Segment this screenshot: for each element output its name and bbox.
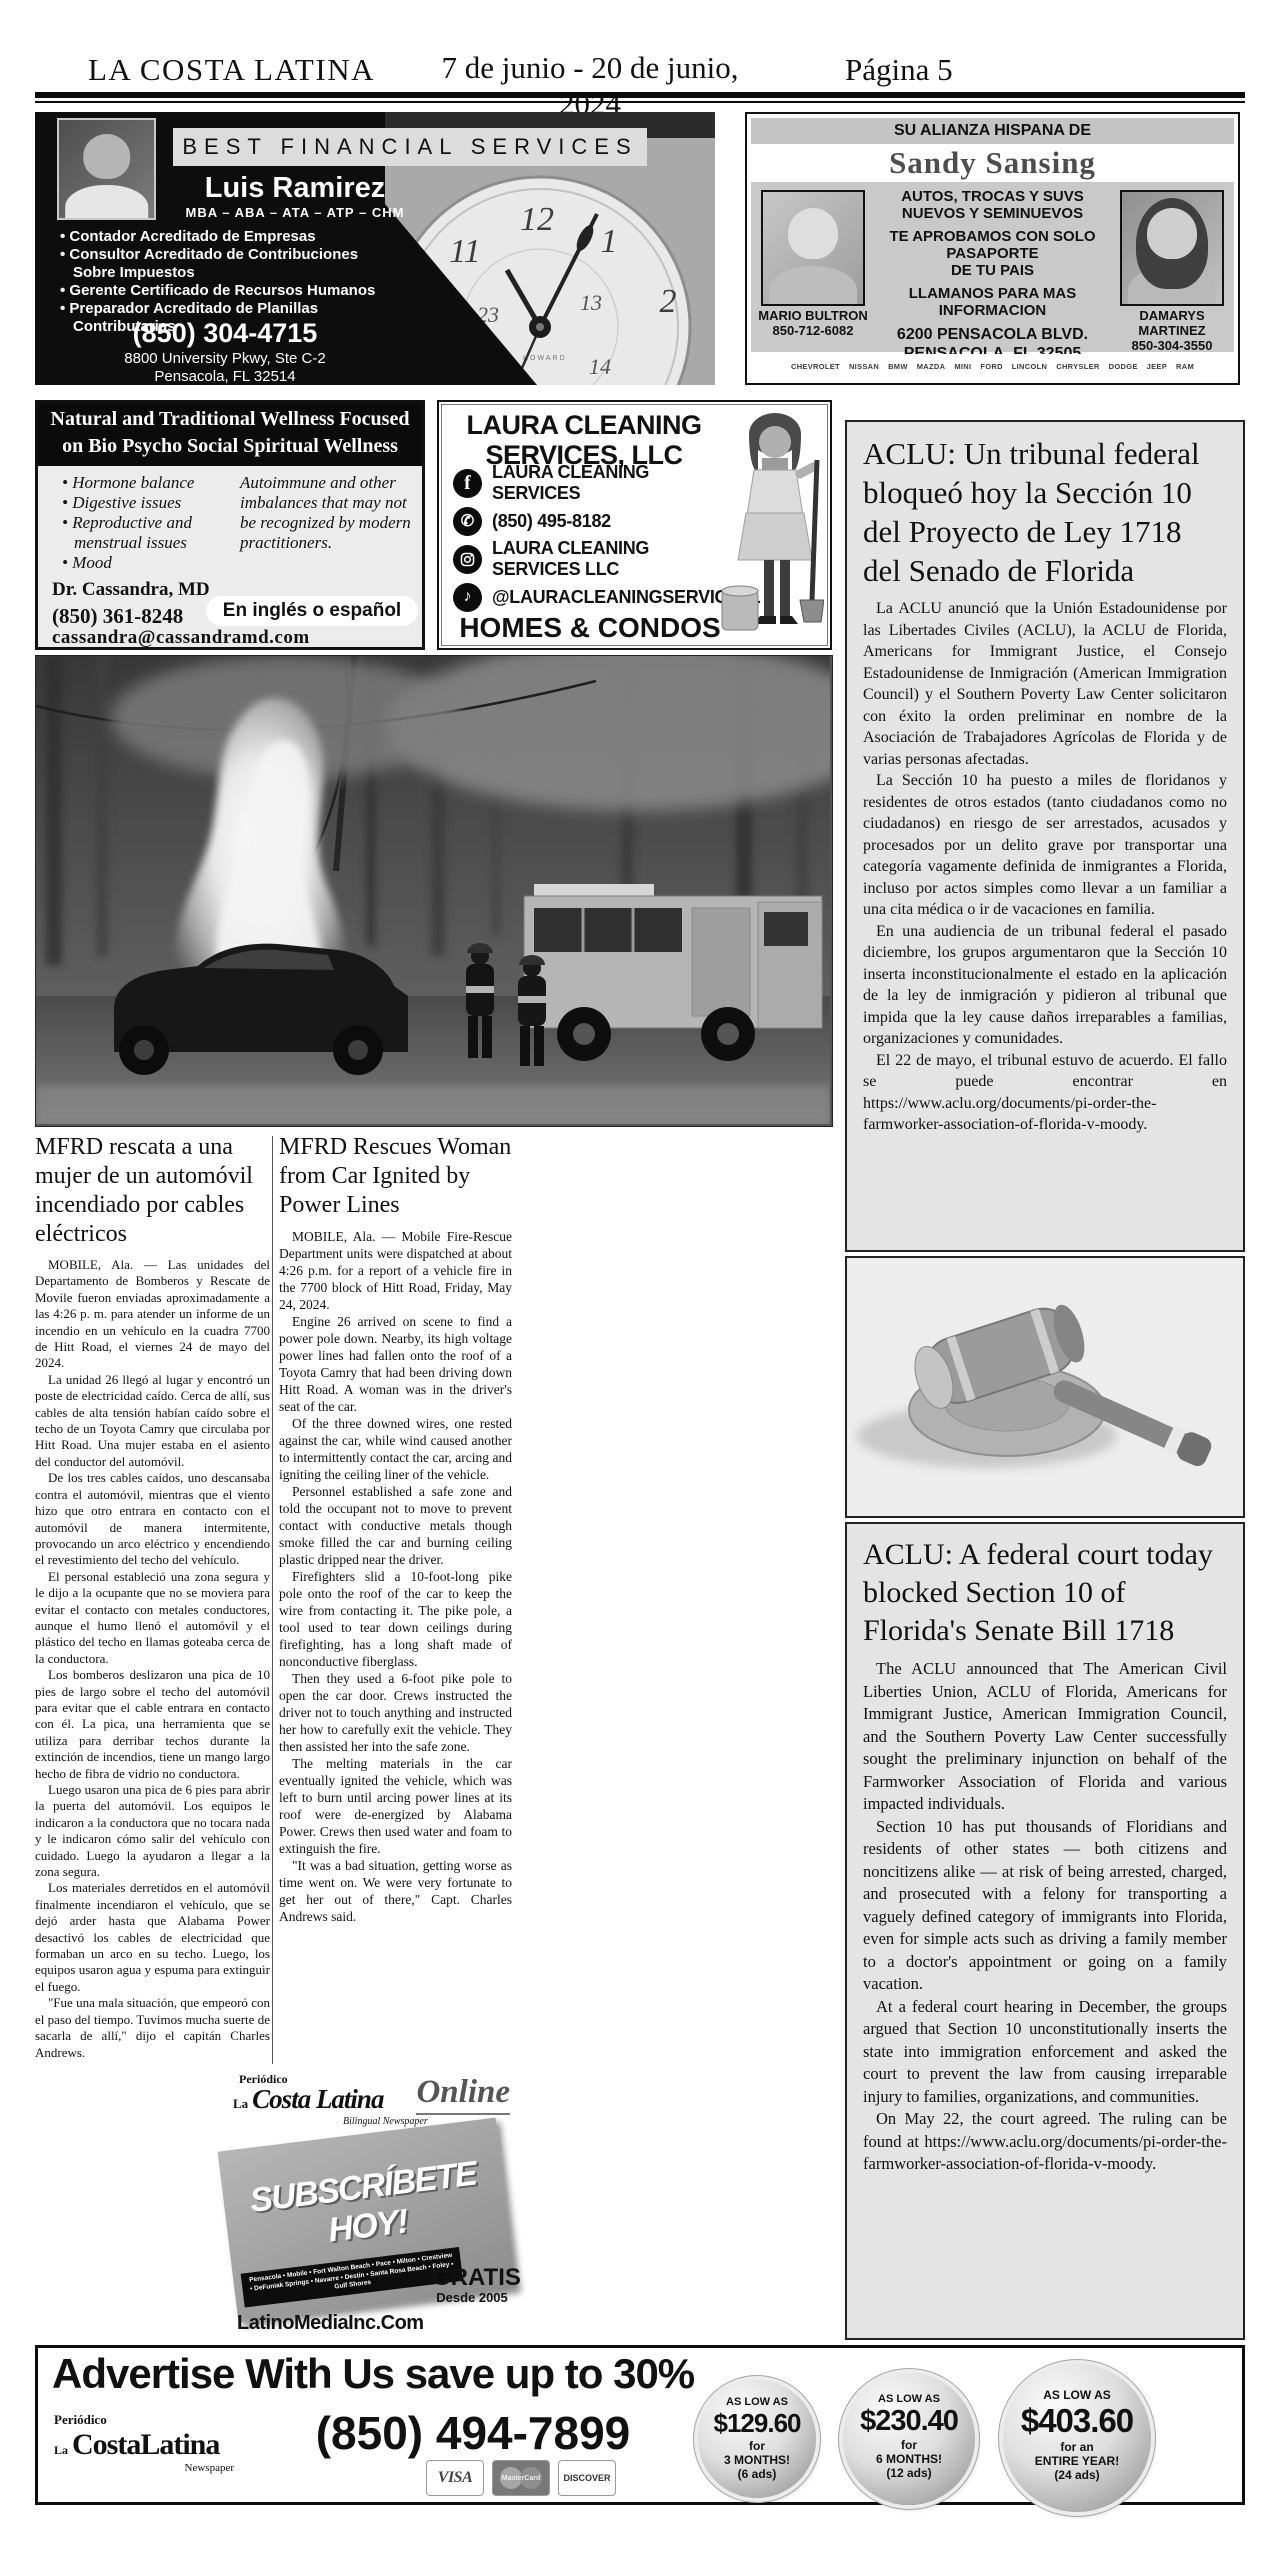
best-financial-ad: 11 12 1 2 23 13 14 HOWARD BEST FINANCIAL…: [35, 112, 715, 385]
ad-tagline: SU ALIANZA HISPANA DE: [751, 118, 1234, 144]
clock-numeral: 11: [449, 233, 480, 270]
car-brand-logo: RAM: [1176, 362, 1194, 371]
online-script: Online: [416, 2074, 510, 2115]
agent-contact: MARIO BULTRON 850-712-6082: [748, 308, 878, 338]
article-paragraph: The ACLU announced that The American Civ…: [863, 1658, 1227, 1816]
article-paragraph: On May 22, the court agreed. The ruling …: [863, 2108, 1227, 2176]
service-bullet: Consultor Acreditado de Contribuciones S…: [49, 246, 404, 282]
wellness-bullet: Hormone balance: [52, 473, 237, 493]
ad-title: LAURA CLEANING SERVICES, LLC: [445, 410, 723, 470]
address-line: Pensacola, FL 32514: [49, 368, 401, 385]
offer-line: NUEVOS Y SEMINUEVOS: [875, 205, 1110, 222]
subscribe-ad: Periódico La Costa Latina Bilingual News…: [225, 2072, 512, 2336]
damarys-martinez-photo: [1120, 190, 1224, 306]
clock-numeral: 12: [520, 201, 554, 238]
aclu-article-english: ACLU: A federal court today blocked Sect…: [845, 1522, 1245, 2340]
costa-latina-logo: Periódico La CostaLatina Newspaper: [54, 2412, 264, 2474]
instagram-handle: LAURA CLEANING SERVICES LLC: [492, 538, 723, 580]
credentials: MBA – ABA – ATA – ATP – CHM: [165, 205, 425, 220]
price-badge: AS LOW AS $230.40 for 6 MONTHS! (12 ads): [843, 2373, 975, 2505]
whatsapp-icon: ✆: [453, 507, 482, 536]
article-paragraph: Section 10 has put thousands of Floridia…: [863, 1816, 1227, 1996]
laura-cleaning-ad: LAURA CLEANING SERVICES, LLC f LAURA CLE…: [437, 400, 832, 650]
agent-name: DAMARYS MARTINEZ: [1107, 308, 1237, 338]
badge-line: for an: [1003, 2440, 1151, 2454]
article-paragraph: Then they used a 6-foot pike pole to ope…: [279, 1670, 512, 1755]
article-paragraph: Of the three downed wires, one rested ag…: [279, 1415, 512, 1483]
logo-la: La: [54, 2443, 68, 2457]
logo-la: La: [233, 2096, 248, 2111]
price-badge: AS LOW AS $129.60 for 3 MONTHS! (6 ads): [698, 2380, 816, 2498]
agent-phone: 850-712-6082: [748, 323, 878, 338]
article-headline: ACLU: A federal court today blocked Sect…: [863, 1536, 1227, 1650]
badge-prefix: AS LOW AS: [843, 2393, 975, 2405]
article-paragraph: The melting materials in the car eventua…: [279, 1755, 512, 1857]
costa-latina-logo: La Costa Latina: [233, 2084, 433, 2115]
sandy-sansing-ad: SU ALIANZA HISPANA DE Sandy Sansing MARI…: [745, 112, 1240, 385]
advertise-ad: Advertise With Us save up to 30% Periódi…: [35, 2345, 1245, 2505]
car-fire-photo: [35, 655, 833, 1127]
mastercard-logo: MasterCard: [492, 2460, 550, 2496]
badge-line: 6 MONTHS!: [843, 2452, 975, 2466]
address-line: 8800 University Pkwy, Ste C-2: [49, 350, 401, 367]
page-number: Página 5: [845, 52, 953, 88]
language-note: En inglés o español: [206, 596, 418, 626]
article-paragraph: El personal estableció una zona segura y…: [35, 1569, 270, 1667]
article-headline: ACLU: Un tribunal federal bloqueó hoy la…: [863, 434, 1227, 590]
car-brand-logo: FORD: [980, 362, 1002, 371]
discover-logo: DISCOVER: [558, 2460, 616, 2496]
header-rule-thick: [35, 92, 1245, 98]
article-paragraph: Engine 26 arrived on scene to find a pow…: [279, 1313, 512, 1415]
badge-price: $230.40: [843, 2405, 975, 2438]
badge-price: $403.60: [1003, 2402, 1151, 2440]
badge-prefix: AS LOW AS: [1003, 2388, 1151, 2402]
instagram-icon: [453, 545, 482, 574]
article-body: The ACLU announced that The American Civ…: [863, 1658, 1227, 2176]
tiktok-row: ♪ @LAURACLEANINGSERVICELL: [453, 582, 723, 612]
offer-text: AUTOS, TROCAS Y SUVS NUEVOS Y SEMINUEVOS…: [875, 188, 1110, 363]
service-bullet: Gerente Certificado de Recursos Humanos: [49, 282, 404, 300]
instagram-row: LAURA CLEANING SERVICES LLC: [453, 544, 723, 574]
badge-line: (24 ads): [1003, 2468, 1151, 2482]
article-paragraph: De los tres cables caídos, uno descansab…: [35, 1470, 270, 1568]
logo-subtitle: Newspaper: [54, 2462, 234, 2474]
wellness-bullet: Mood: [52, 553, 237, 573]
car-brand-logo: JEEP: [1147, 362, 1167, 371]
header-rule-thin: [35, 101, 1245, 103]
car-brand-logo: BMW: [888, 362, 908, 371]
clock-numeral: 2: [660, 283, 677, 320]
car-brand-logos: CHEVROLETNISSANBMWMAZDAMINIFORDLINCOLNCH…: [751, 354, 1234, 379]
badge-line: for: [843, 2438, 975, 2452]
car-brand-logo: NISSAN: [849, 362, 879, 371]
masthead: LA COSTA LATINA: [88, 52, 375, 88]
website-url: LatinoMediaInc.Com: [237, 2312, 424, 2335]
article-paragraph: Los bomberos deslizaron una pica de 10 p…: [35, 1667, 270, 1782]
car-brand-logo: DODGE: [1109, 362, 1138, 371]
address-line: 6200 PENSACOLA BLVD.: [875, 325, 1110, 344]
article-paragraph: Luego usaron una pica de 6 pies para abr…: [35, 1782, 270, 1880]
ad-footer: HOMES & CONDOS: [445, 612, 735, 644]
since-label: Desde 2005: [432, 2290, 512, 2305]
tiktok-icon: ♪: [453, 583, 482, 612]
article-paragraph: MOBILE, Ala. — Mobile Fire-Rescue Depart…: [279, 1228, 512, 1313]
subscribe-headline: SUBSCRÍBETE HOY!: [222, 2151, 509, 2263]
wellness-header: Natural and Traditional Wellness Focused…: [38, 403, 422, 466]
header-line: Natural and Traditional Wellness Focused: [38, 406, 422, 433]
badge-line: ENTIRE YEAR!: [1003, 2454, 1151, 2468]
offer-line: AUTOS, TROCAS Y SUVS: [875, 188, 1110, 205]
article-paragraph: La unidad 26 llegó al lugar y encontró u…: [35, 1372, 270, 1470]
logo-name: Costa Latina: [252, 2084, 383, 2114]
article-body: La ACLU anunció que la Unión Estadounide…: [863, 598, 1227, 1136]
mfrd-article-spanish: MFRD rescata a una mujer de un automóvil…: [35, 1133, 270, 2061]
dealer-brand: Sandy Sansing: [751, 144, 1234, 182]
offer-line: DE TU PAIS: [875, 262, 1110, 279]
offer-line: TE APROBAMOS CON SOLO PASAPORTE: [875, 228, 1110, 262]
article-paragraph: El 22 de mayo, el tribunal estuvo de acu…: [863, 1050, 1227, 1136]
clock-numeral: 1: [601, 223, 618, 260]
column-divider: [272, 1136, 273, 2064]
gratis-note: GRATIS Desde 2005: [432, 2266, 512, 2305]
visa-logo: VISA: [426, 2460, 484, 2496]
car-brand-logo: CHRYSLER: [1056, 362, 1099, 371]
offer-line: LLAMANOS PARA MAS INFORMACION: [875, 285, 1110, 319]
wellness-bullets: Hormone balanceDigestive issuesReproduct…: [52, 473, 237, 573]
phone-number: (850) 304-4715: [49, 318, 401, 349]
wellness-bullet: Digestive issues: [52, 493, 237, 513]
ad-title-band: BEST FINANCIAL SERVICES: [173, 128, 647, 166]
article-paragraph: "It was a bad situation, getting worse a…: [279, 1857, 512, 1925]
logo-periodico: Periódico: [54, 2412, 264, 2428]
agent-name: MARIO BULTRON: [748, 308, 878, 323]
phone-number: (850) 494-7899: [258, 2406, 688, 2460]
car-brand-logo: MINI: [954, 362, 971, 371]
clock-brand: HOWARD: [523, 355, 567, 362]
badge-line: (12 ads): [843, 2466, 975, 2480]
service-bullet: Contador Acreditado de Empresas: [49, 228, 404, 246]
wellness-bullet: Reproductive and menstrual issues: [52, 513, 237, 553]
facebook-row: f LAURA CLEANING SERVICES: [453, 468, 723, 498]
header-line: on Bio Psycho Social Spiritual Wellness: [38, 433, 422, 460]
facebook-icon: f: [453, 469, 482, 498]
car-brand-logo: MAZDA: [917, 362, 946, 371]
article-paragraph: Los materiales derretidos en el automóvi…: [35, 1880, 270, 1995]
agent-contact: DAMARYS MARTINEZ 850-304-3550: [1107, 308, 1237, 353]
badge-line: (6 ads): [698, 2467, 816, 2481]
article-paragraph: La Sección 10 ha puesto a miles de flori…: [863, 770, 1227, 921]
car-brand-logo: LINCOLN: [1012, 362, 1047, 371]
article-headline: MFRD rescata a una mujer de un automóvil…: [35, 1133, 270, 1249]
advertise-headline: Advertise With Us save up to 30%: [52, 2350, 694, 2398]
car-brand-logo: CHEVROLET: [791, 362, 840, 371]
article-paragraph: Firefighters slid a 10-foot-long pike po…: [279, 1568, 512, 1670]
article-paragraph: La ACLU anunció que la Unión Estadounide…: [863, 598, 1227, 770]
email-address: cassandra@cassandramd.com: [52, 627, 310, 649]
article-body: MOBILE, Ala. — Mobile Fire-Rescue Depart…: [279, 1228, 512, 1925]
gavel-photo: [845, 1256, 1245, 1518]
article-paragraph: En una audiencia de un tribunal federal …: [863, 921, 1227, 1050]
article-paragraph: "Fue una mala situación, que empeoró con…: [35, 1995, 270, 2061]
facebook-handle: LAURA CLEANING SERVICES: [492, 462, 723, 504]
article-body: MOBILE, Ala. — Las unidades del Departam…: [35, 1257, 270, 2061]
wellness-ad: Natural and Traditional Wellness Focused…: [35, 400, 425, 650]
luis-ramirez-photo: [57, 118, 156, 220]
hair-shape: [1136, 198, 1208, 290]
phone-number: (850) 495-8182: [492, 511, 611, 532]
newspaper-page: LA COSTA LATINA 7 de junio - 20 de junio…: [0, 0, 1280, 2560]
badge-prefix: AS LOW AS: [698, 2396, 816, 2408]
mfrd-article-english: MFRD Rescues Woman from Car Ignited by P…: [279, 1133, 512, 1925]
clock-numeral: 14: [589, 354, 611, 379]
cleaning-lady-illustration: [720, 408, 824, 642]
badge-line: 3 MONTHS!: [698, 2453, 816, 2467]
logo-name: CostaLatina: [72, 2428, 219, 2461]
whatsapp-row: ✆ (850) 495-8182: [453, 506, 723, 536]
article-paragraph: At a federal court hearing in December, …: [863, 1996, 1227, 2109]
gratis-label: GRATIS: [432, 2266, 512, 2290]
doctor-name: Dr. Cassandra, MD: [52, 579, 210, 601]
badge-line: for: [698, 2439, 816, 2453]
advertiser-name: Luis Ramirez: [165, 172, 425, 205]
payment-cards: VISA MasterCard DISCOVER: [426, 2460, 616, 2496]
title-line: LAURA CLEANING: [445, 410, 723, 440]
logo-subtitle: Bilingual Newspaper: [343, 2116, 428, 2127]
article-headline: MFRD Rescues Woman from Car Ignited by P…: [279, 1133, 512, 1220]
wellness-note: Autoimmune and other imbalances that may…: [240, 473, 412, 553]
mario-bultron-photo: [761, 190, 865, 306]
badge-price: $129.60: [698, 2408, 816, 2439]
article-paragraph: MOBILE, Ala. — Las unidades del Departam…: [35, 1257, 270, 1372]
price-badge: AS LOW AS $403.60 for an ENTIRE YEAR! (2…: [1003, 2364, 1151, 2512]
article-paragraph: Personnel established a safe zone and to…: [279, 1483, 512, 1568]
agent-phone: 850-304-3550: [1107, 338, 1237, 353]
phone-number: (850) 361-8248: [52, 604, 183, 629]
clock-numeral: 13: [580, 290, 602, 315]
aclu-article-spanish: ACLU: Un tribunal federal bloqueó hoy la…: [845, 420, 1245, 1252]
ad-body: MARIO BULTRON 850-712-6082 DAMARYS MARTI…: [751, 182, 1234, 352]
